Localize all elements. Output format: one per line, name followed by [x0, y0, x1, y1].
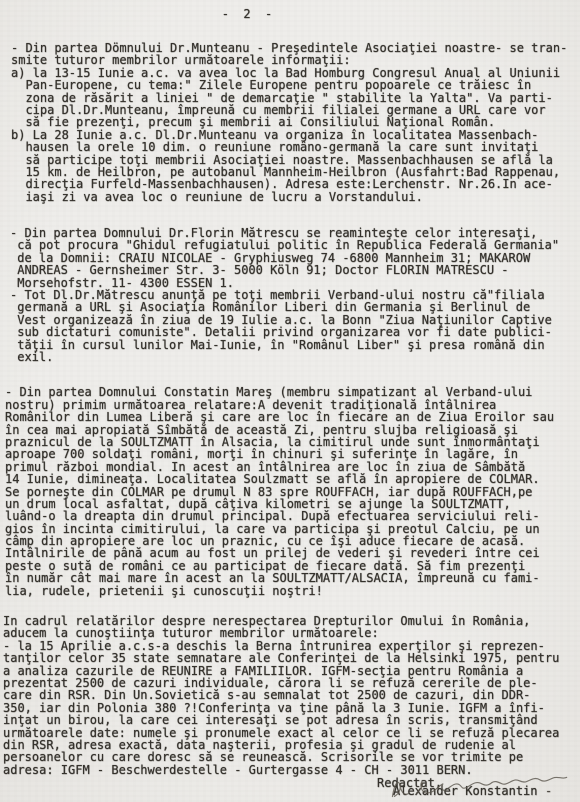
text-line: aproape 700 soldaţi români, morţi în chi…: [5, 448, 580, 460]
text-line: exil.: [10, 351, 580, 363]
paragraph-munteanu-announcements: - Din partea Dömnului Dr.Munteanu - Preş…: [11, 42, 580, 203]
text-line: să fie prezenţi, precum şi membrii ai Co…: [11, 116, 580, 128]
text-line: ANDREAS - Gernsheimer Str. 3- 5000 Köln …: [10, 264, 580, 276]
text-line: în număr cât mai mare în acest an la SOU…: [5, 572, 580, 584]
text-line: că pot procura "Ghidul refugiatului poli…: [10, 239, 580, 251]
document-body: - Din partea Dömnului Dr.Munteanu - Preş…: [0, 42, 580, 776]
page-number: - 2 -: [0, 8, 494, 20]
text-line: 14 Iunie, dimineaţa. Localitatea Soulzma…: [5, 473, 580, 485]
text-line: Românilor din Lumea Liberă şi care are l…: [5, 411, 580, 423]
text-line: tanţilor celor 35 state semnatare ale Co…: [3, 652, 580, 664]
text-line: aducem la cunoştiinţa tuturor membrilor …: [3, 627, 580, 639]
text-line: Pan-Europene, cu tema:" Zilele Europene …: [11, 79, 580, 91]
text-line: sub dictaturi comuniste". Detalii privin…: [10, 326, 580, 338]
paragraph-matrescu-refugee-guide: - Din partea Domnului Dr.Florin Mătrescu…: [10, 227, 580, 363]
text-line: care din RSR. Din Un.Sovietică s-au semn…: [3, 689, 580, 701]
text-line: lia, rudele, prietenii şi cunoscuţii noş…: [5, 585, 580, 597]
text-line: luând-o la dreapta din drumul principal.…: [5, 510, 580, 522]
text-line: - Din partea Domnului Constatin Mareş (m…: [5, 386, 580, 398]
text-line: Intâlnirile de până acum au fost un pril…: [5, 547, 580, 559]
text-line: germană a URL şi Asociaţia Românilor Lib…: [10, 301, 580, 313]
text-line: persoanelor cu care doresc să se reuneas…: [3, 751, 580, 763]
document-page: - 2 - - Din partea Dömnului Dr.Munteanu …: [0, 0, 580, 802]
text-line: hausen la orele 10 dim. o reuniune român…: [11, 141, 580, 153]
text-line: inţat un birou, la care cei interesaţi s…: [3, 714, 580, 726]
text-line: direcţia Furfeld-Massenbachhausen). Adre…: [11, 178, 580, 190]
paragraph-human-rights-helsinki: In cadrul relatărilor despre nerespectar…: [3, 615, 580, 776]
signature-block: Redactat, Alexander Konstantin -: [0, 777, 580, 802]
paragraph-mares-soultzmatt-report: - Din partea Domnului Constatin Mareş (m…: [5, 386, 580, 597]
text-line: tăţii în cursul lunilor Mai-Iunie, în "R…: [10, 339, 580, 351]
text-line: smite tuturor membrilor următoarele info…: [11, 54, 580, 66]
text-line: iaşi zi va avea loc o reuniune de lucru …: [11, 191, 580, 203]
